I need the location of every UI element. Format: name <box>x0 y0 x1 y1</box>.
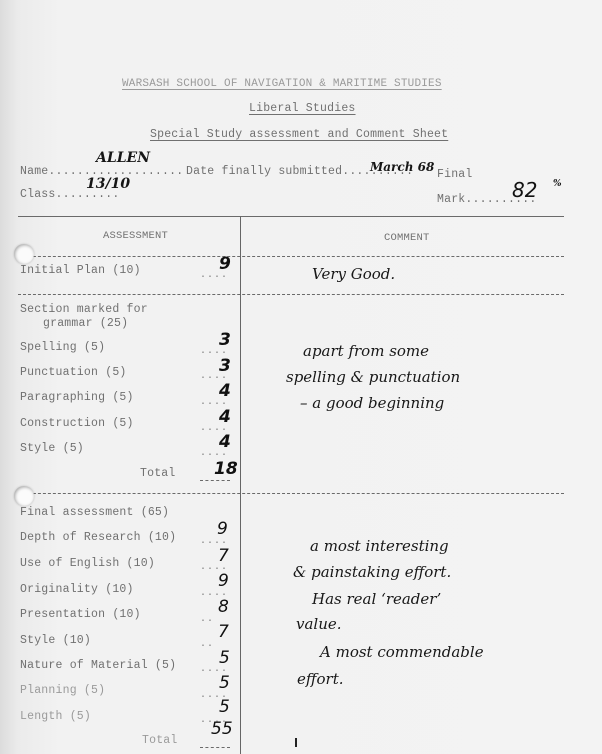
column-divider <box>240 216 241 754</box>
grammar-comment-line3: – a good beginning <box>300 394 444 412</box>
paragraphing-label: Paragraphing (5) <box>20 391 134 404</box>
grammar-comment-line2: spelling & punctuation <box>286 368 460 386</box>
form-title: Special Study assessment and Comment She… <box>150 128 448 141</box>
assessment-column-header: ASSESSMENT <box>103 230 168 242</box>
department-heading: Liberal Studies <box>249 102 356 115</box>
punctuation-score: 3 <box>219 356 231 376</box>
class-value: 13/10 <box>86 176 130 192</box>
date-value: March 68 <box>370 160 434 174</box>
pen-mark <box>295 738 297 747</box>
initial-plan-label: Initial Plan (10) <box>20 264 141 277</box>
final-heading: Final assessment (65) <box>20 506 169 519</box>
final-comment-line3: Has real ‘reader’ <box>312 590 441 608</box>
final-comment-line6: effort. <box>297 670 344 688</box>
final-comment-line2: & painstaking effort. <box>293 563 451 581</box>
initial-plan-score: 9 <box>219 254 231 274</box>
final-total-value: 55 <box>211 719 233 739</box>
depth-score: 9 <box>217 519 228 539</box>
comment-column-header: COMMENT <box>384 232 430 244</box>
length-score: 5 <box>219 697 230 717</box>
grammar-total-label: Total <box>140 467 176 480</box>
mark-value: 82 <box>512 178 537 202</box>
paragraphing-score: 4 <box>219 381 231 401</box>
style-label: Style (5) <box>20 442 84 455</box>
grammar-divider <box>18 493 564 494</box>
total-underline <box>200 747 230 748</box>
style10-label: Style (10) <box>20 634 91 647</box>
style10-score: 7 <box>218 622 229 642</box>
construction-score: 4 <box>219 407 231 427</box>
grammar-heading-line2: grammar (25) <box>43 317 128 330</box>
planning-label: Planning (5) <box>20 684 105 697</box>
total-underline <box>200 480 230 481</box>
nature-label: Nature of Material (5) <box>20 659 176 672</box>
mark-unit: % <box>553 179 562 189</box>
initial-plan-comment: Very Good. <box>312 265 395 283</box>
style-score: 4 <box>219 432 231 452</box>
final-comment-line5: A most commendable <box>320 643 484 661</box>
grammar-comment-line1: apart from some <box>303 342 429 360</box>
initial-plan-divider <box>18 294 564 295</box>
planning-score: 5 <box>219 673 230 693</box>
english-label: Use of English (10) <box>20 557 155 570</box>
english-score: 7 <box>218 546 229 566</box>
final-total-label: Total <box>142 734 178 747</box>
originality-score: 9 <box>218 571 229 591</box>
originality-label: Originality (10) <box>20 583 134 596</box>
table-top-border <box>18 216 564 217</box>
spelling-score: 3 <box>219 330 231 350</box>
grammar-heading-line1: Section marked for <box>20 303 148 316</box>
header-divider <box>18 256 564 257</box>
length-label: Length (5) <box>20 710 91 723</box>
score-dots: .. <box>200 639 214 650</box>
final-label: Final <box>437 168 473 181</box>
depth-label: Depth of Research (10) <box>20 531 176 544</box>
final-comment-line4: value. <box>296 615 342 633</box>
presentation-score: 8 <box>218 597 229 617</box>
punctuation-label: Punctuation (5) <box>20 366 127 379</box>
score-dots: .. <box>200 614 214 625</box>
institution-heading: WARSASH SCHOOL OF NAVIGATION & MARITIME … <box>122 78 442 90</box>
final-comment-line1: a most interesting <box>310 537 449 555</box>
name-value: ALLEN <box>96 150 150 166</box>
punch-hole-top <box>14 244 34 264</box>
nature-score: 5 <box>219 648 230 668</box>
spelling-label: Spelling (5) <box>20 341 105 354</box>
punch-hole-bottom <box>14 486 34 506</box>
grammar-total-value: 18 <box>214 459 238 479</box>
presentation-label: Presentation (10) <box>20 608 141 621</box>
construction-label: Construction (5) <box>20 417 134 430</box>
